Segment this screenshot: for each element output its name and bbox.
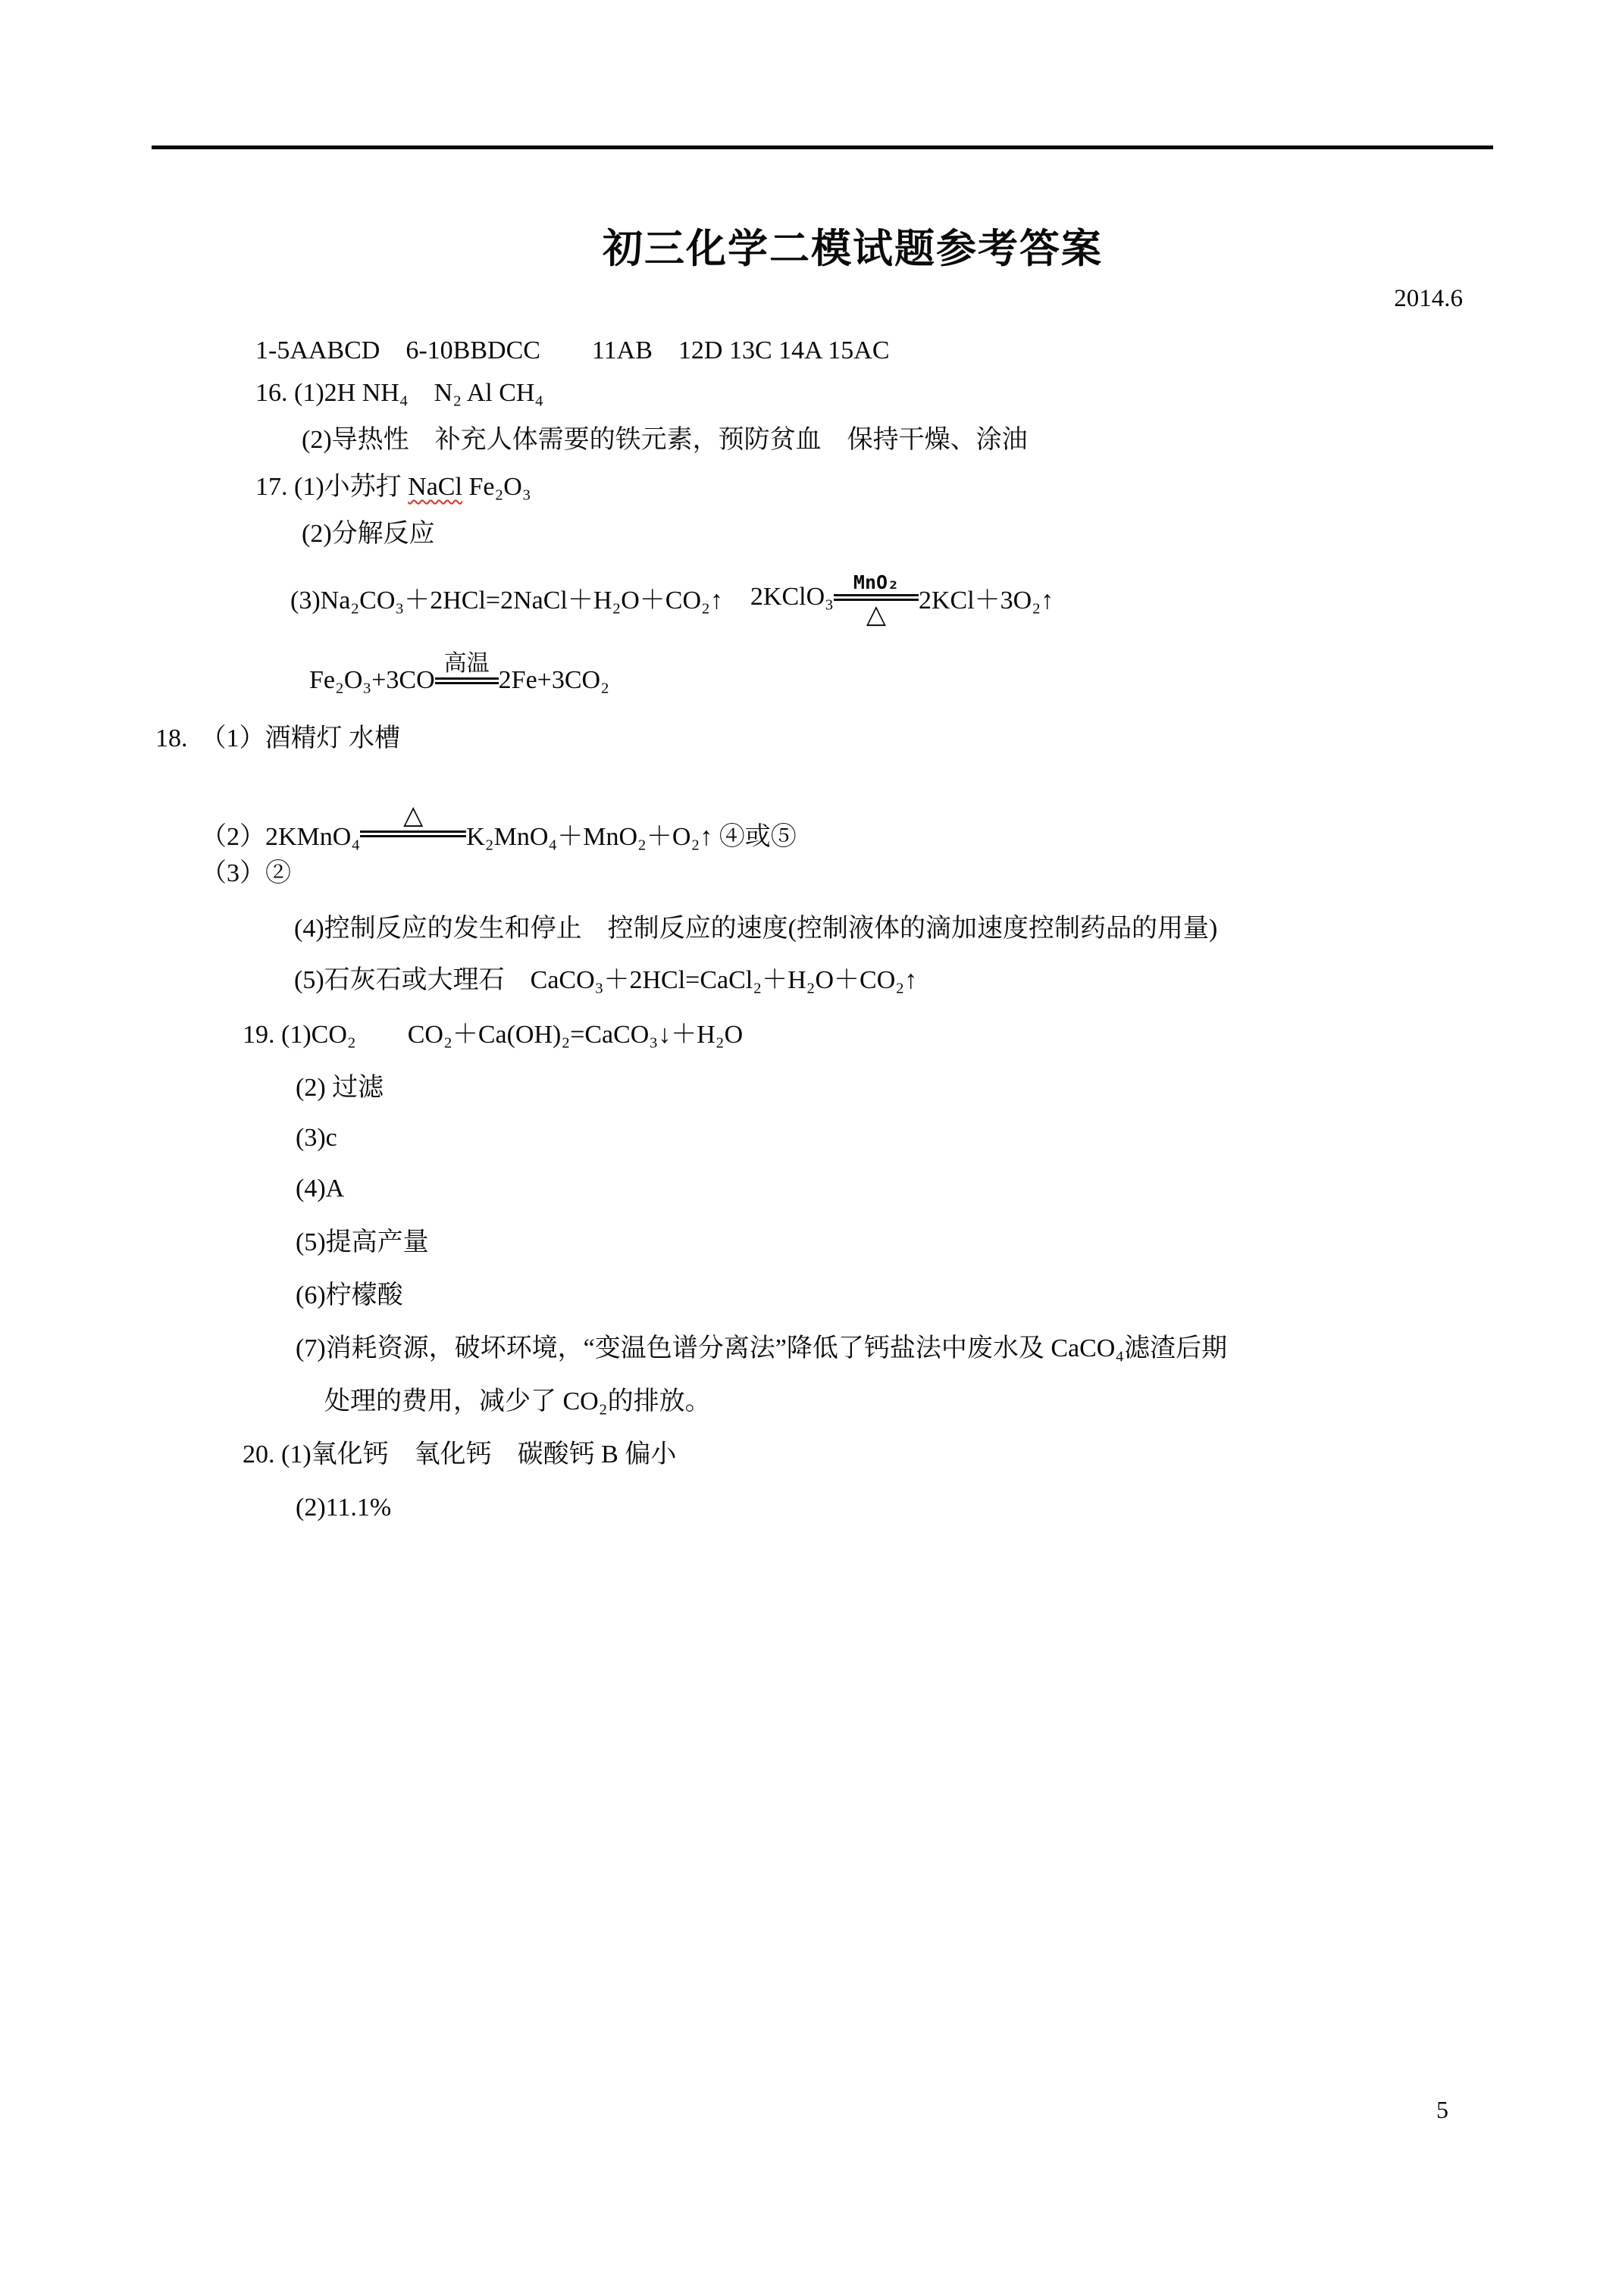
q19-line7a: (7)消耗资源，破坏环境，“变温色谱分离法”降低了钙盐法中废水及 CaCO₄滤渣… <box>296 1331 1227 1366</box>
q19-line1: 19. (1)CO₂ CO₂＋Ca(OH)₂=CaCO₃↓＋H₂O <box>243 1018 743 1053</box>
condition-high-temp-label: 高温 <box>444 650 490 677</box>
equation-carbonate-hcl: (3)Na₂CO₃＋2HCl=2NaCl＋H₂O＋CO₂↑ <box>290 579 723 616</box>
q19-line5: (5)提高产量 <box>296 1225 429 1260</box>
q18-line4: (4)控制反应的发生和停止 控制反应的速度(控制液体的滴加速度控制药品的用量) <box>294 912 1217 946</box>
equation-kcl-product: 2KCl＋3O₂↑ <box>919 579 1054 616</box>
q17-line1-prefix: 17. (1)小苏打 <box>255 473 408 501</box>
condition-heat-triangle: △ <box>866 601 886 630</box>
reaction-condition-stack-mno2: MnO₂ △ <box>834 559 919 636</box>
condition-heat-triangle: △ <box>403 802 423 831</box>
answer-key-line: 1-5AABCD 6-10BBDCC 11AB 12D 13C 14A 15AC <box>255 333 890 368</box>
q19-line4: (4)A <box>296 1171 344 1206</box>
q19-line7b: 处理的费用，减少了 CO₂的排放。 <box>324 1384 711 1419</box>
q16-line1: 16. (1)2H NH₄ N₂ Al CH₄ <box>255 376 543 411</box>
equation-kmno4-reactant: （2）2KMnO₄ <box>201 815 360 852</box>
reaction-condition-stack-delta: △ <box>360 796 466 872</box>
q18-line3: （3）② <box>201 856 291 891</box>
equation-fe-product: 2Fe+3CO₂ <box>499 666 609 695</box>
q17-line1: 17. (1)小苏打 NaCl Fe₂O₃ <box>255 470 531 505</box>
q19-line6: (6)柠檬酸 <box>296 1278 403 1313</box>
q17-line1-suffix: Fe₂O₃ <box>462 473 531 501</box>
equation-kclo3-reactant: 2KClO₃ <box>750 583 834 612</box>
equation-fe2o3-reactant: Fe₂O₃+3CO <box>309 666 435 695</box>
q16-line2: (2)导热性 补充人体需要的铁元素，预防贫血 保持干燥、涂油 <box>302 423 1028 458</box>
q18-line1: 18. （1）酒精灯 水槽 <box>155 721 400 756</box>
page-number: 5 <box>1436 2096 1448 2124</box>
q19-line3: (3)c <box>296 1121 337 1156</box>
double-line <box>435 677 499 684</box>
q18-line5: (5)石灰石或大理石 CaCO₃＋2HCl=CaCl₂＋H₂O＋CO₂↑ <box>294 963 917 998</box>
condition-mno2-label: MnO₂ <box>853 571 899 594</box>
q20-line1: 20. (1)氧化钙 氧化钙 碳酸钙 B 偏小 <box>243 1437 676 1472</box>
q17-iron-equation: Fe₂O₃+3CO 高温 2Fe+3CO₂ <box>309 624 609 737</box>
equation-k2mno4-products: K₂MnO₄＋MnO₂＋O₂↑ ④或⑤ <box>466 815 797 852</box>
document-page: 初三化学二模试题参考答案 2014.6 1-5AABCD 6-10BBDCC 1… <box>0 0 1622 2296</box>
q19-line2: (2) 过滤 <box>296 1071 384 1106</box>
header-rule <box>152 145 1493 149</box>
reaction-condition-stack-gaowen: 高温 <box>435 643 499 719</box>
page-title: 初三化学二模试题参考答案 <box>174 217 1531 274</box>
double-line <box>834 594 919 601</box>
q17-nacl-misspell-marked: NaCl <box>408 473 462 501</box>
q20-line2: (2)11.1% <box>296 1491 391 1525</box>
double-line <box>360 831 466 837</box>
exam-date: 2014.6 <box>1213 285 1463 313</box>
